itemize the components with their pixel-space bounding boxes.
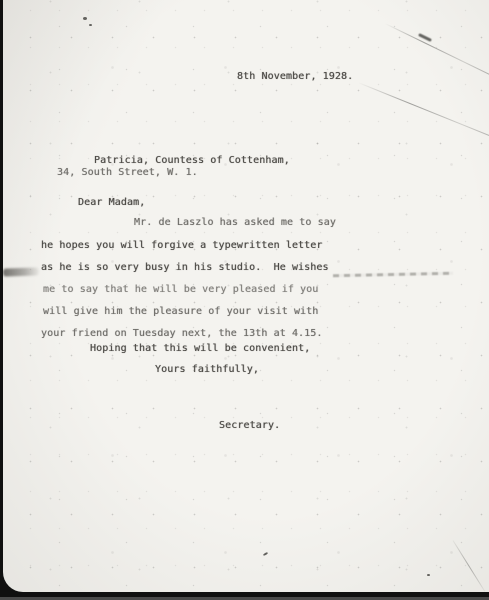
body-line: Mr. de Laszlo has asked me to say xyxy=(134,217,336,229)
recipient-name: Patricia, Countess of Cottenham, xyxy=(94,155,290,167)
signature: Secretary. xyxy=(219,420,280,432)
letter-date: 8th November, 1928. xyxy=(237,71,353,83)
salutation: Dear Madam, xyxy=(78,197,145,209)
closing-line: Hoping that this will be convenient, xyxy=(90,343,310,355)
body-line: as he is so very busy in his studio. He … xyxy=(41,262,329,274)
body-line: me to say that he will be very pleased i… xyxy=(43,284,318,296)
body-line: he hopes you will forgive a typewritten … xyxy=(41,240,323,252)
scan-speck xyxy=(263,552,268,556)
crease-mark xyxy=(453,540,486,591)
ink-smudge xyxy=(3,267,39,276)
body-line: will give him the pleasure of your visit… xyxy=(43,306,318,318)
recipient-address: 34, South Street, W. 1. xyxy=(57,167,198,179)
crease-mark xyxy=(385,23,489,79)
crease-mark xyxy=(358,82,489,143)
body-line: your friend on Tuesday next, the 13th at… xyxy=(41,328,323,340)
letter-paper: 8th November, 1928. Patricia, Countess o… xyxy=(3,0,489,592)
scan-speck xyxy=(83,17,87,20)
ink-smudge xyxy=(333,272,453,278)
scan-speck xyxy=(427,574,430,576)
valediction: Yours faithfully, xyxy=(155,364,259,376)
scan-speck xyxy=(89,24,92,26)
